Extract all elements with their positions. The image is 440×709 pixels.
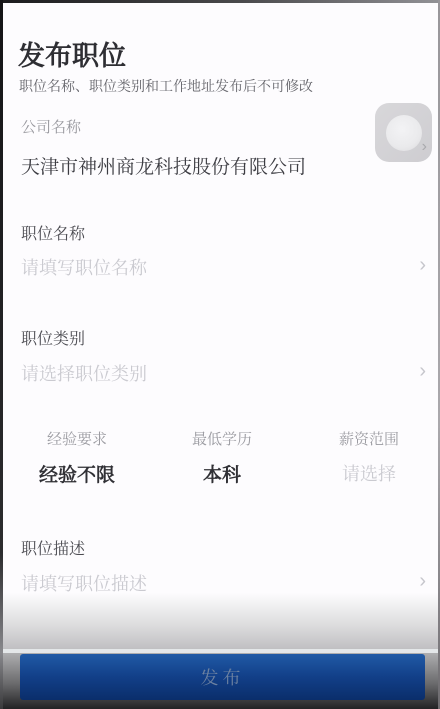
chevron-right-icon: ›: [419, 571, 426, 591]
salary-placeholder: 请选择: [299, 460, 439, 486]
publish-button[interactable]: 发布: [20, 654, 425, 700]
company-row[interactable]: 公司名称 天津市神州商龙科技股份有限公司 ›: [0, 100, 440, 195]
experience-label: 经验要求: [7, 428, 147, 449]
education-selector[interactable]: 最低学历 本科: [152, 428, 292, 487]
company-value: 天津市神州商龙科技股份有限公司: [21, 152, 306, 179]
experience-selector[interactable]: 经验要求 经验不限: [7, 428, 147, 487]
company-logo: ›: [375, 103, 432, 162]
publish-job-screen: 发布职位 职位名称、职位类别和工作地址发布后不可修改 公司名称 天津市神州商龙科…: [0, 0, 440, 709]
job-name-row[interactable]: 职位名称 请填写职位名称 ›: [0, 205, 440, 290]
chevron-right-icon: ›: [419, 361, 426, 381]
frame-edge-left: [0, 0, 3, 709]
chevron-right-icon: ›: [422, 139, 427, 155]
job-category-placeholder: 请选择职位类别: [21, 360, 147, 386]
job-description-label: 职位描述: [21, 536, 85, 559]
company-logo-placeholder-icon: [386, 115, 422, 151]
job-name-label: 职位名称: [21, 221, 85, 244]
education-label: 最低学历: [152, 428, 292, 449]
chevron-right-icon: ›: [419, 255, 426, 275]
bottom-fade-gradient: [0, 593, 440, 649]
job-category-label: 职位类别: [21, 326, 85, 349]
experience-value: 经验不限: [7, 460, 147, 487]
company-label: 公司名称: [21, 116, 81, 137]
requirements-row: 经验要求 经验不限 最低学历 本科 薪资范围 请选择: [0, 420, 440, 495]
page-subtitle: 职位名称、职位类别和工作地址发布后不可修改: [19, 76, 313, 96]
job-category-row[interactable]: 职位类别 请选择职位类别 ›: [0, 310, 440, 395]
page-title: 发布职位: [18, 34, 126, 73]
salary-selector[interactable]: 薪资范围 请选择: [299, 428, 439, 486]
salary-label: 薪资范围: [299, 428, 439, 449]
education-value: 本科: [152, 460, 292, 487]
frame-edge-top: [0, 0, 440, 3]
job-name-placeholder: 请填写职位名称: [21, 254, 147, 280]
